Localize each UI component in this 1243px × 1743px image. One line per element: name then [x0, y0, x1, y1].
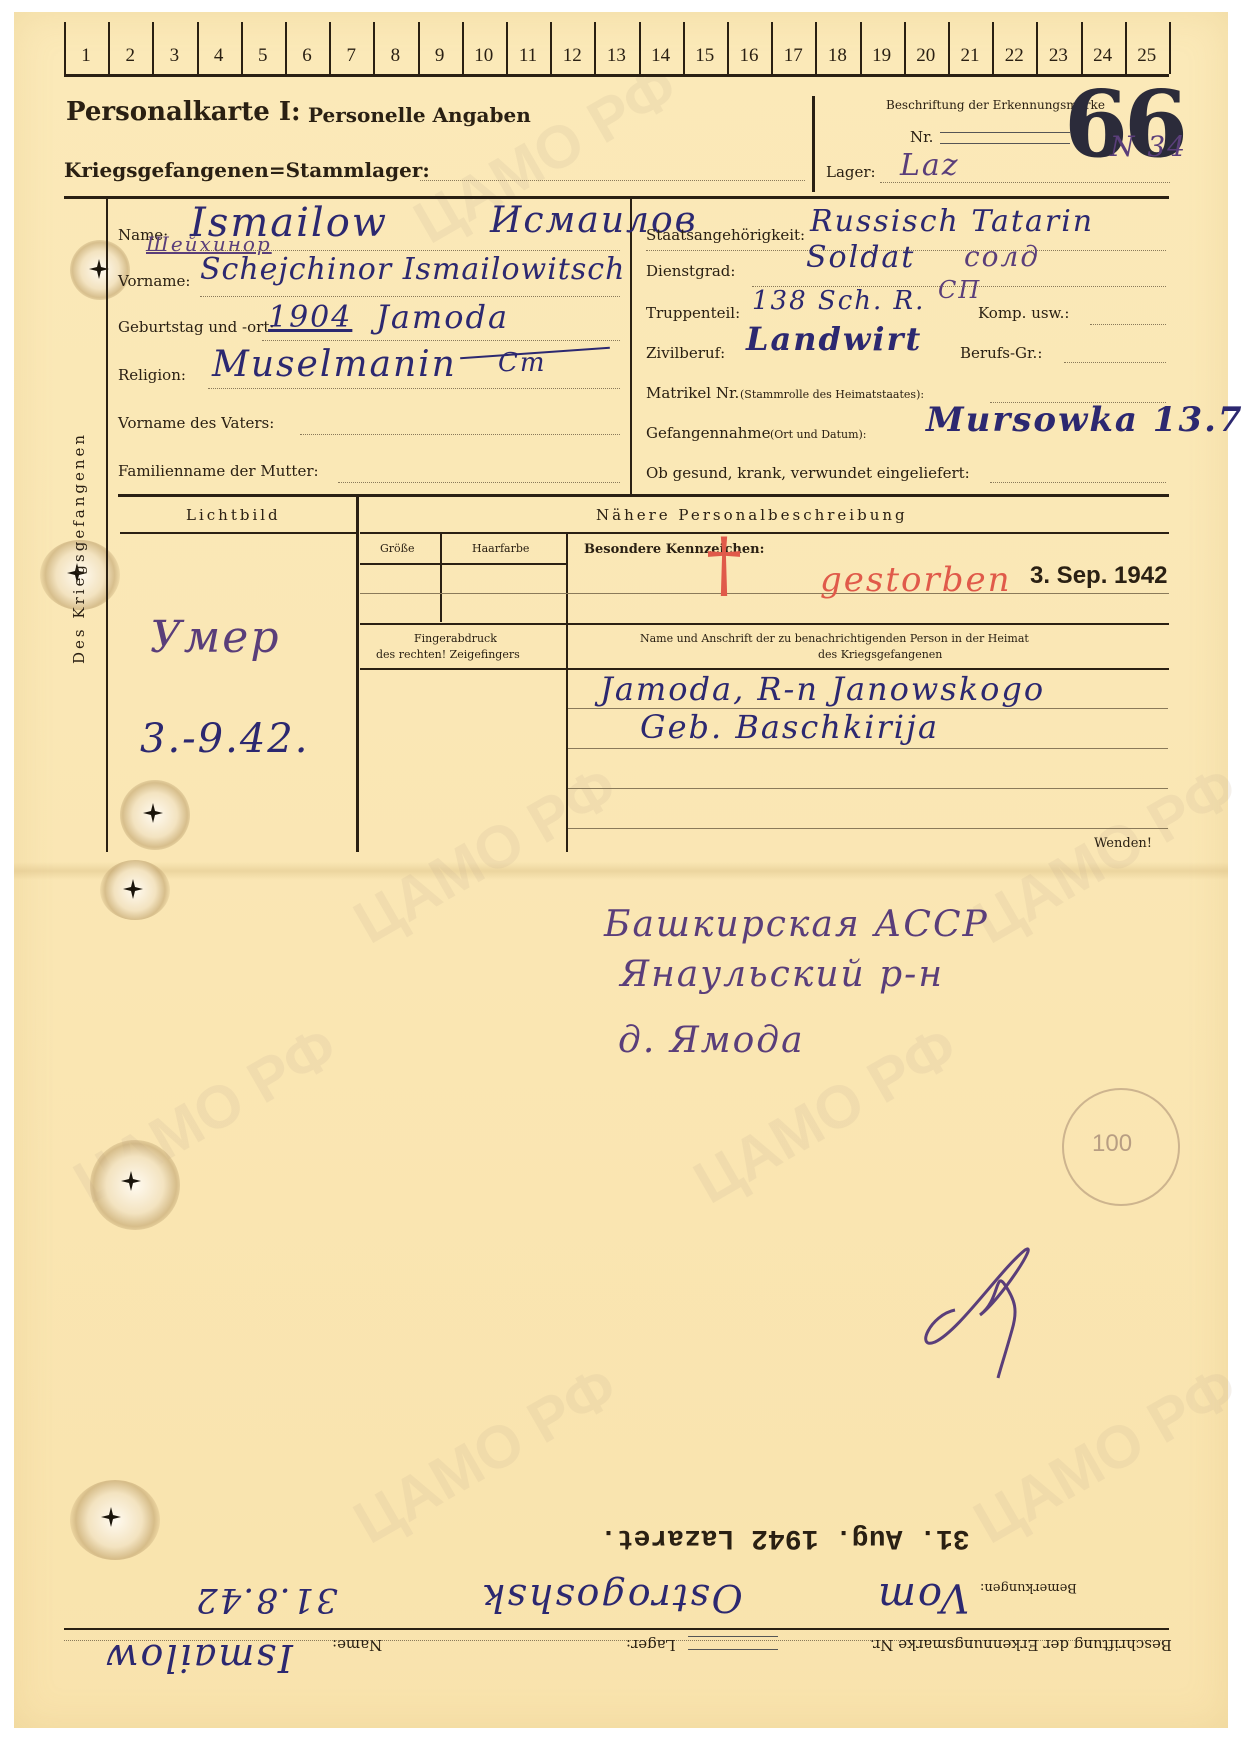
gefangennahme-sub: (Ort und Datum):	[770, 428, 867, 441]
card-title: Personalkarte I:	[66, 97, 301, 127]
ruler-number: 7	[331, 45, 371, 67]
signature-icon	[900, 1230, 1060, 1380]
burn-hole	[90, 1140, 180, 1230]
ruler-number: 25	[1127, 45, 1167, 67]
burn-hole	[70, 1480, 160, 1560]
geburt-label: Geburtstag und -ort:	[118, 318, 274, 336]
bemerkungen-label: Bemerkungen:	[980, 1580, 1077, 1595]
berufs-label: Berufs-Gr.:	[960, 344, 1042, 362]
burn-hole	[100, 860, 170, 920]
footer-name-value: Ismailow	[104, 1636, 293, 1680]
truppenteil-value: 138 Sch. R.	[752, 286, 925, 316]
burn-hole	[70, 240, 130, 300]
ruler-number: 16	[729, 45, 769, 67]
ruler-number: 13	[596, 45, 636, 67]
lazaret-stamp: 31. Aug. 1942 Lazaret.	[600, 1522, 970, 1553]
vorname-value: Schejchinor Ismailowitsch	[200, 252, 625, 287]
ruler-number: 4	[199, 45, 239, 67]
lichtbild-sign: Умер	[150, 612, 280, 663]
death-date-stamp: 3. Sep. 1942	[1030, 562, 1167, 590]
vorname-label: Vorname:	[118, 272, 190, 290]
ruler-number: 21	[950, 45, 990, 67]
naehere-label: Nähere Personalbeschreibung	[596, 506, 908, 524]
dienstgrad-value: Soldat	[806, 240, 915, 275]
vater-label: Vorname des Vaters:	[118, 414, 274, 432]
annotation-line-1: Башкирская АССР	[604, 904, 989, 945]
heimat-label-2: des Kriegsgefangenen	[818, 648, 942, 661]
ruler-number: 14	[641, 45, 681, 67]
religion-value: Muselmanin	[212, 344, 457, 385]
heimat-label-1: Name und Anschrift der zu benachrichtige…	[640, 632, 1029, 645]
lager-label: Lager:	[826, 163, 876, 181]
ruler-number: 5	[243, 45, 283, 67]
place-value: Ostrogoshsk	[480, 1576, 743, 1620]
ruler-number: 23	[1038, 45, 1078, 67]
religion-label: Religion:	[118, 366, 186, 384]
vom-value: Vom	[876, 1574, 969, 1620]
zivilberuf-value: Landwirt	[746, 320, 922, 358]
stamp-number: 100	[1092, 1130, 1132, 1158]
card-subtitle: Personelle Angaben	[308, 103, 531, 127]
ruler-number: 20	[906, 45, 946, 67]
burn-hole	[120, 780, 190, 850]
wenden-label: Wenden!	[1094, 836, 1152, 851]
staat-label: Staatsangehörigkeit:	[646, 226, 805, 244]
ruler-number: 6	[287, 45, 327, 67]
ruler-divider	[1169, 22, 1171, 74]
lichtbild-date: 3.-9.42.	[140, 716, 309, 762]
ruler-number: 1	[66, 45, 106, 67]
lager-value: Laz	[900, 148, 960, 183]
truppenteil-label: Truppenteil:	[646, 304, 740, 322]
ruler-number: 18	[817, 45, 857, 67]
ruler-number: 11	[508, 45, 548, 67]
ruler-number: 17	[773, 45, 813, 67]
komp-label: Komp. usw.:	[978, 304, 1069, 322]
lichtbild-label: Lichtbild	[186, 506, 281, 524]
ruler-number: 9	[420, 45, 460, 67]
ruler-number: 24	[1083, 45, 1123, 67]
footer-lager-label: Lager:	[626, 1636, 676, 1654]
heimat-line-2: Geb. Baschkirija	[640, 708, 939, 746]
truppenteil-note: СП	[938, 276, 981, 304]
matrikel-label: Matrikel Nr.	[646, 384, 739, 402]
gefangennahme-label: Gefangennahme	[646, 424, 771, 442]
footer-marke-label: Beschriftung der Erkennungsmarke Nr.	[870, 1636, 1172, 1654]
geburt-place: Jamoda	[376, 298, 509, 336]
ruler-number: 22	[994, 45, 1034, 67]
stammlager-label: Kriegsgefangenen=Stammlager:	[64, 158, 430, 182]
nr-label: Nr.	[910, 128, 933, 146]
ruler-number: 8	[375, 45, 415, 67]
groesse-label: Größe	[380, 542, 415, 555]
finger-label-1: Fingerabdruck	[414, 632, 497, 645]
staat-value: Russisch Tatarin	[810, 204, 1094, 239]
side-note: N 34	[1110, 130, 1187, 163]
ruler-number: 2	[110, 45, 150, 67]
dienstgrad-note: солд	[964, 240, 1040, 273]
ruler-number: 12	[552, 45, 592, 67]
ruler-number: 15	[685, 45, 725, 67]
date-value: 31.8.42	[194, 1580, 338, 1620]
heimat-line-1: Jamoda, R-n Janowskogo	[600, 670, 1045, 708]
geburt-year: 1904	[268, 300, 352, 335]
ruler-number: 10	[464, 45, 504, 67]
kennzeichen-value: gestorben	[820, 560, 1012, 600]
mutter-label: Familienname der Mutter:	[118, 462, 319, 480]
annotation-line-3: д. Ямода	[618, 1020, 805, 1061]
ruler-number: 19	[862, 45, 902, 67]
death-cross-icon: †	[706, 522, 744, 606]
gefangennahme-value: Mursowka 13.7.42	[926, 400, 1243, 440]
haarfarbe-label: Haarfarbe	[472, 542, 529, 555]
ruler-number: 3	[154, 45, 194, 67]
annotation-line-2: Янаульский р-н	[620, 954, 944, 995]
gesund-label: Ob gesund, krank, verwundet eingeliefert…	[646, 464, 970, 482]
finger-label-2: des rechten! Zeigefingers	[376, 648, 520, 661]
matrikel-sub: (Stammrolle des Heimatstaates):	[740, 388, 924, 401]
dienstgrad-label: Dienstgrad:	[646, 262, 735, 280]
footer-name-label: Name:	[332, 1636, 382, 1654]
zivilberuf-label: Zivilberuf:	[646, 344, 725, 362]
side-label: Des Kriegsgefangenen	[70, 432, 88, 664]
